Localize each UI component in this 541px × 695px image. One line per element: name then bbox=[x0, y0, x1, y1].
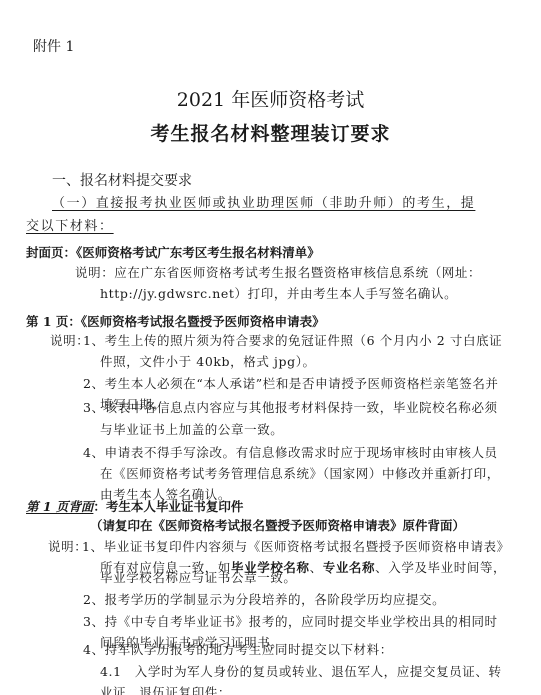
subheading-line2: 交以下材料： bbox=[26, 215, 114, 234]
page1-item1-line2: 件照，文件小于 40kb，格式 jpg）。 bbox=[100, 352, 316, 370]
page1-back-item41-line1: 4.1 入学时为军人身份的复员或转业、退伍军人，应提交复员证、转 bbox=[100, 662, 502, 680]
page1-item3-line1: 3、该表中各信息点内容应与其他报考材料保持一致，毕业院校名称必须 bbox=[83, 398, 498, 416]
cover-page-note-line2: http://jy.gdwsrc.net）打印，并由考生本人手写签名确认。 bbox=[100, 284, 457, 302]
page1-back-item1-line1: 1、毕业证书复印件内容须与《医师资格考试报名暨授予医师资格申请表》 bbox=[82, 537, 510, 555]
page1-back-sub: （请复印在《医师资格考试报名暨授予医师资格申请表》原件背面） bbox=[90, 516, 465, 534]
subheading-line1: （一）直接报考执业医师或执业助理医师（非助升师）的考生，提 bbox=[52, 192, 475, 211]
item1-bold-major: 专业名称 bbox=[323, 560, 375, 575]
page1-back-item4: 4、持军队学历报考的地方考生应同时提交以下材料： bbox=[83, 640, 393, 658]
item1-text-c: 、入学及毕业时间等， bbox=[375, 560, 506, 575]
cover-page-note-line1: 说明：应在广东省医师资格考试考生报名暨资格审核信息系统（网址： bbox=[75, 263, 481, 281]
page1-item2-line1: 2、考生本人必须在“本人承诺”栏和是否申请授予医师资格栏亲笔签名并 bbox=[83, 374, 499, 392]
page1-back-item3-line1: 3、持《中专自考毕业证书》报考的，应同时提交毕业学校出具的相同时 bbox=[83, 612, 498, 630]
page1-item1-line1: 1、考生上传的照片须为符合要求的免冠证件照（6 个月内小 2 寸白底证 bbox=[83, 331, 502, 349]
doc-title-line2: 考生报名材料整理装订要求 bbox=[0, 119, 541, 146]
section-heading: 一、报名材料提交要求 bbox=[52, 170, 192, 190]
page1-back-label-suffix: ：考生本人毕业证书复印件 bbox=[93, 499, 243, 514]
page1-back-label: 第 1 页背面 bbox=[26, 499, 93, 514]
doc-title-line1: 2021 年医师资格考试 bbox=[0, 85, 541, 112]
page1-back-item2: 2、报考学历的学制显示为分段培养的，各阶段学历均应提交。 bbox=[83, 590, 445, 608]
page1-item4-line2: 在《医师资格考试考务管理信息系统》（国家网）中修改并重新打印， bbox=[100, 464, 500, 482]
page1-label: 第 1 页：《医师资格考试报名暨授予医师资格申请表》 bbox=[26, 312, 325, 330]
page1-back-item1-line3: 毕业学校名称应与证书公章一致。 bbox=[100, 568, 297, 586]
page1-item4-line1: 4、申请表不得手写涂改。有信息修改需求时应于现场审核时由审核人员 bbox=[83, 443, 498, 461]
cover-page-label: 封面页：《医师资格考试广东考区考生报名材料清单》 bbox=[26, 243, 320, 261]
item1-sep: 、 bbox=[310, 560, 323, 575]
page1-back-label-wrap: 第 1 页背面：考生本人毕业证书复印件 bbox=[26, 497, 243, 515]
page1-item3-line2: 与毕业证书上加盖的公章一致。 bbox=[100, 420, 283, 438]
page1-back-item41-line2: 业证、退伍证复印件； bbox=[100, 683, 231, 695]
annex-label: 附件 1 bbox=[33, 36, 74, 56]
